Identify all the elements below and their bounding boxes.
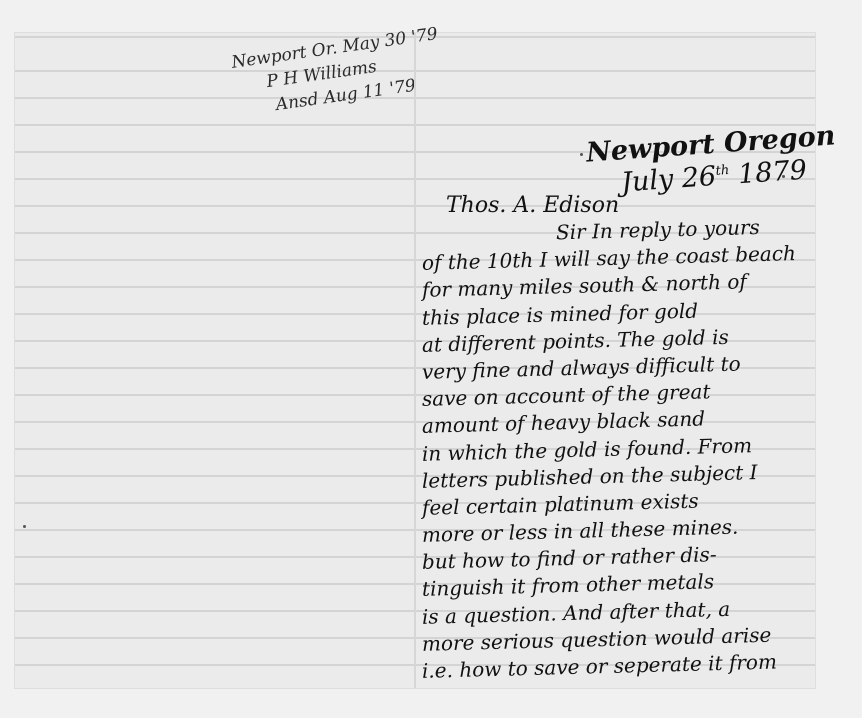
ink-speck	[23, 525, 26, 528]
letter-sheet: Newport Or. May 30 '79 P H Williams Ansd…	[15, 33, 815, 688]
date-suffix: th	[715, 163, 730, 179]
ink-speck	[580, 153, 583, 156]
date-year: 1879	[737, 155, 808, 191]
docket-note: Newport Or. May 30 '79 P H Williams Ansd…	[230, 27, 408, 122]
date-main: July 26	[620, 161, 717, 199]
salutation: Thos. A. Edison	[446, 193, 619, 218]
ink-speck	[782, 175, 785, 178]
letter-body: Sir In reply to yours of the 10th I will…	[416, 223, 815, 685]
left-page: Newport Or. May 30 '79 P H Williams Ansd…	[15, 33, 414, 688]
right-page: Newport Oregon July 26th 1879 Thos. A. E…	[416, 33, 815, 688]
